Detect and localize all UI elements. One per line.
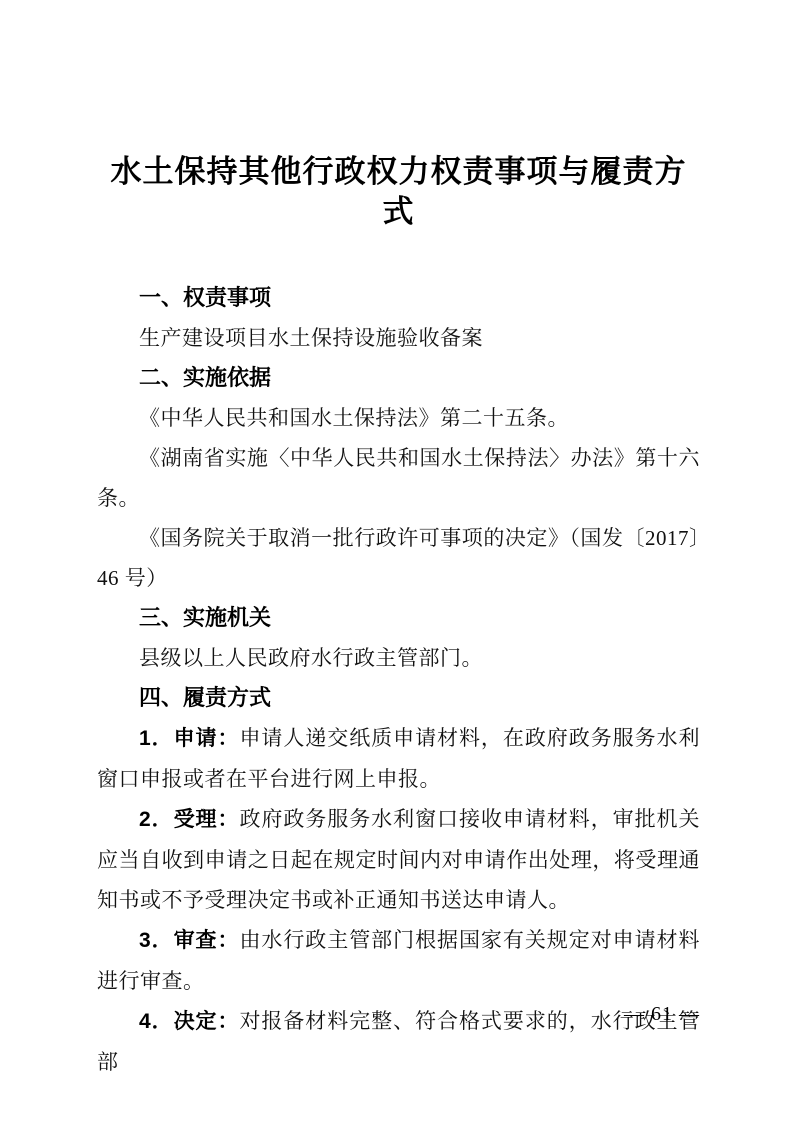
- list-item-apply: 1．申请：申请人递交纸质申请材料，在政府政务服务水利窗口申报或者在平台进行网上申…: [97, 718, 700, 799]
- item-label-apply: 1．申请：: [139, 727, 239, 750]
- paragraph-authority: 县级以上人民政府水行政主管部门。: [97, 638, 700, 678]
- paragraph-basis-3: 《国务院关于取消一批行政许可事项的决定》（国发〔2017〕46 号）: [97, 518, 700, 598]
- list-item-decide: 4．决定：对报备材料完整、符合格式要求的，水行政主管部: [97, 1001, 700, 1082]
- paragraph-duty-item: 生产建设项目水土保持设施验收备案: [97, 318, 700, 358]
- section-heading-1: 一、权责事项: [97, 278, 700, 318]
- page-number: — 61 —: [624, 1003, 700, 1026]
- document-page: 水土保持其他行政权力权责事项与履责方式 一、权责事项 生产建设项目水土保持设施验…: [0, 0, 793, 1122]
- section-heading-4: 四、履责方式: [97, 678, 700, 718]
- paragraph-basis-2: 《湖南省实施〈中华人民共和国水土保持法〉办法》第十六条。: [97, 438, 700, 518]
- section-heading-2: 二、实施依据: [97, 358, 700, 398]
- page-title: 水土保持其他行政权力权责事项与履责方式: [97, 152, 700, 232]
- section-heading-3: 三、实施机关: [97, 598, 700, 638]
- paragraph-basis-1: 《中华人民共和国水土保持法》第二十五条。: [97, 398, 700, 438]
- item-label-accept: 2．受理：: [139, 808, 239, 831]
- list-item-accept: 2．受理：政府政务服务水利窗口接收申请材料，审批机关应当自收到申请之日起在规定时…: [97, 799, 700, 920]
- list-item-review: 3．审查：由水行政主管部门根据国家有关规定对申请材料进行审查。: [97, 920, 700, 1001]
- document-content: 水土保持其他行政权力权责事项与履责方式 一、权责事项 生产建设项目水土保持设施验…: [97, 152, 700, 1082]
- item-label-decide: 4．决定：: [139, 1010, 239, 1033]
- item-label-review: 3．审查：: [139, 929, 239, 952]
